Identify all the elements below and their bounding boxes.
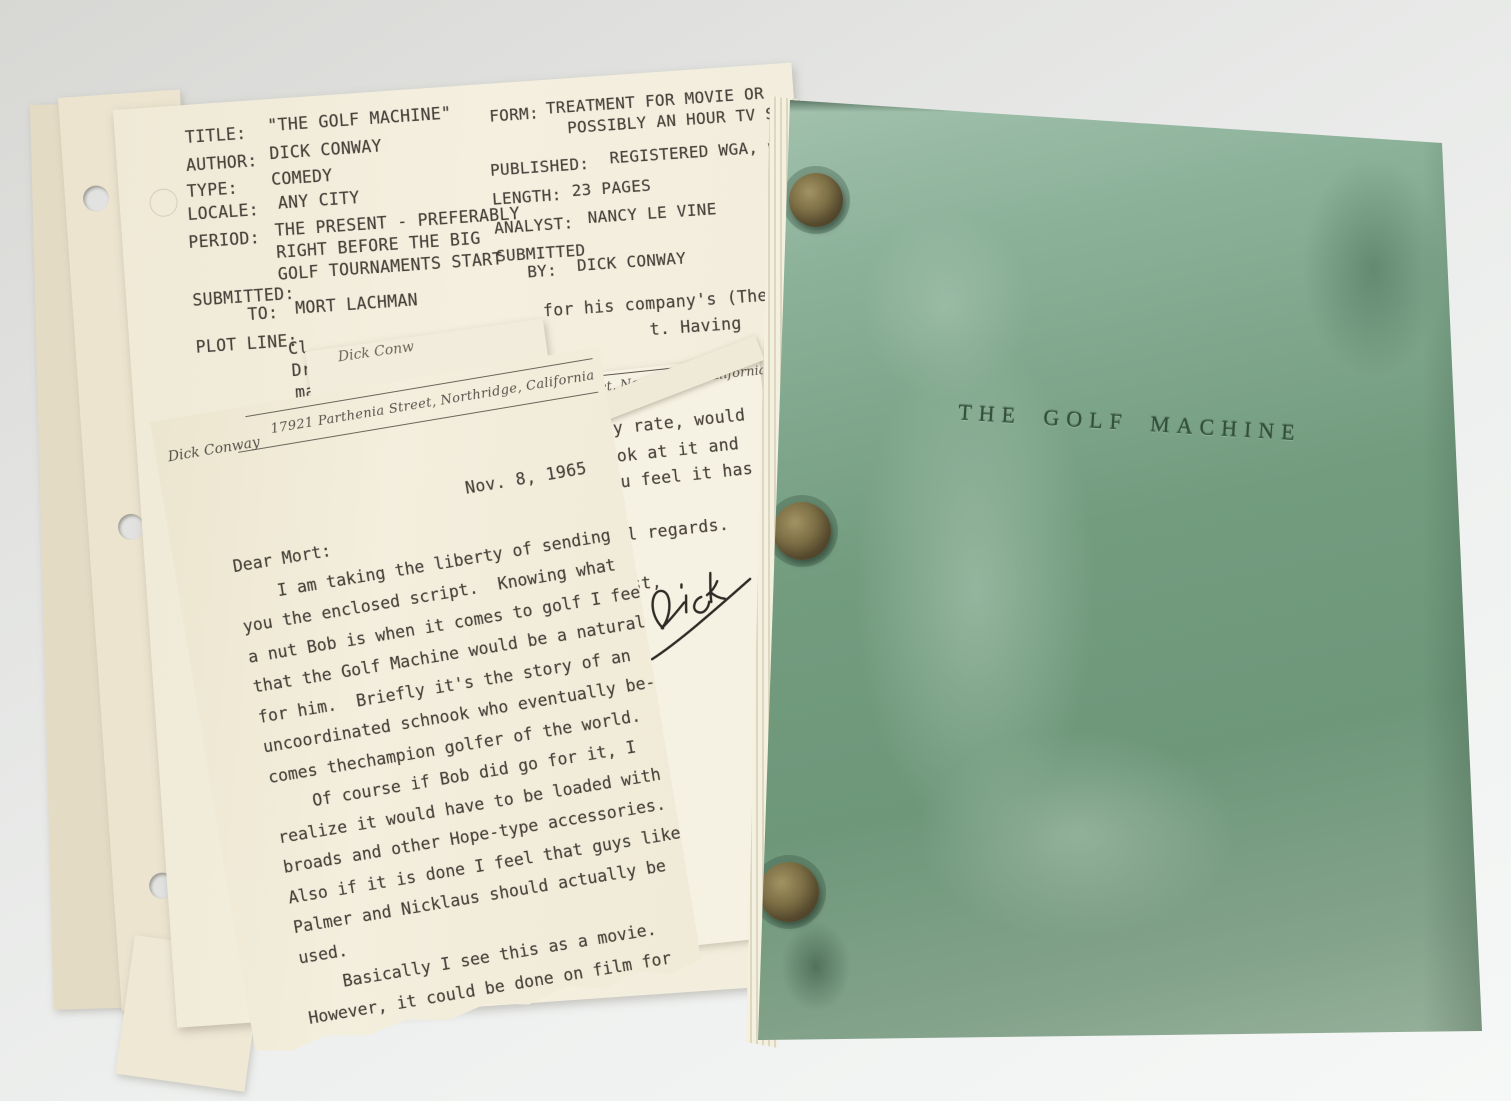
field-label: TITLE: — [184, 123, 247, 149]
field-value: NANCY LE VINE — [587, 198, 717, 229]
letter-date: Nov. 8, 1965 — [464, 459, 588, 498]
field-label: PERIOD: — [188, 227, 261, 254]
by-label: BY: — [527, 259, 558, 283]
field-label: PUBLISHED: — [489, 153, 590, 182]
brass-brad-fastener — [789, 173, 843, 227]
brass-brad-fastener — [759, 862, 819, 922]
field-value: REGISTERED WGA, w. — [609, 135, 789, 169]
brass-brad-fastener — [773, 502, 831, 560]
field-label: FORM: — [489, 102, 540, 127]
plot-line-label: PLOT LINE: — [195, 330, 299, 359]
cover-title: THE GOLF MACHINE — [958, 400, 1303, 447]
field-label: ANALYST: — [493, 212, 574, 239]
to-value: MORT LACHMAN — [295, 289, 419, 320]
field-value: COMEDY — [271, 165, 334, 191]
field-label: TYPE: — [186, 178, 239, 204]
field-value: 23 PAGES — [571, 175, 652, 202]
photo-background: { "colors": { "cover_green": "#74997d", … — [0, 0, 1511, 1101]
field-label: LENGTH: — [491, 184, 562, 211]
field-value: ANY CITY — [277, 187, 360, 215]
field-value: "THE GOLF MACHINE" — [267, 102, 452, 137]
letter-line-fragment: al regards. — [616, 515, 730, 546]
letterhead-name: Dick Conway — [167, 434, 261, 465]
field-label: LOCALE: — [187, 199, 260, 226]
punch-hole — [82, 185, 110, 213]
field-value: DICK CONWAY — [269, 135, 383, 165]
punch-hole — [149, 188, 179, 218]
plot-text-fragment: t. Having — [649, 313, 742, 341]
field-value: THE PRESENT - PREFERABLY RIGHT BEFORE TH… — [274, 203, 524, 286]
to-label: TO: — [247, 302, 279, 326]
script-cover: THE GOLF MACHINE — [758, 98, 1482, 1042]
by-value: DICK CONWAY — [576, 247, 687, 277]
submitted-label: SUBMITTED: — [192, 283, 296, 312]
field-value: TREATMENT FOR MOVIE OR POSSIBLY AN HOUR … — [545, 80, 806, 140]
field-label: AUTHOR: — [185, 150, 258, 177]
